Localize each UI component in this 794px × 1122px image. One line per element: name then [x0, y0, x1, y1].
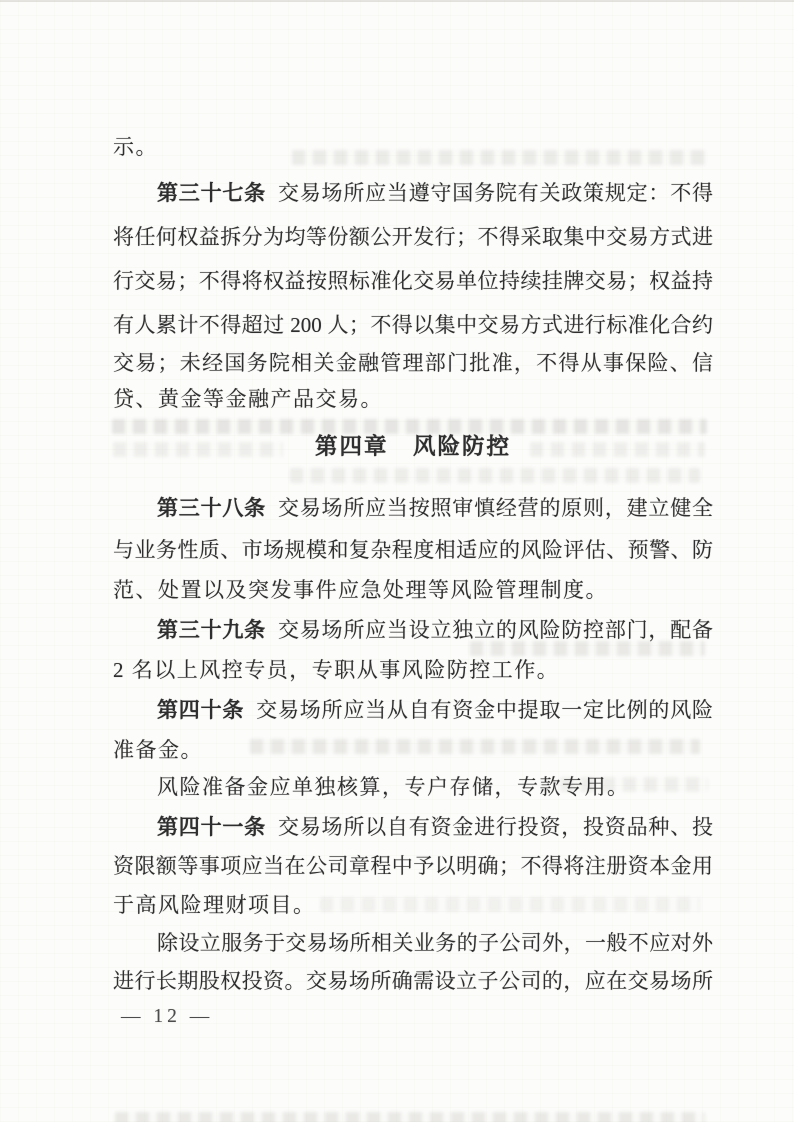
- text-line: 除设立服务于交易场所相关业务的子公司外，一般不应对外: [113, 930, 713, 957]
- text-line: 行交易；不得将权益按照标准化交易单位持续挂牌交易；权益持: [113, 268, 713, 295]
- text-line: 2 名以上风控专员，专职从事风险防控工作。: [113, 657, 713, 684]
- article-text: 交易场所应当遵守国务院有关政策规定：不得: [278, 181, 713, 205]
- article-text: 交易场所以自有资金进行投资，投资品种、投: [278, 815, 713, 839]
- article-39-line: 第三十九条交易场所应当设立独立的风险防控部门，配备: [113, 617, 713, 644]
- article-40-line: 第四十条交易场所应当从自有资金中提取一定比例的风险: [113, 697, 713, 724]
- text-line: 贷、黄金等金融产品交易。: [113, 386, 713, 413]
- article-38-line: 第三十八条交易场所应当按照审慎经营的原则，建立健全: [113, 495, 713, 522]
- article-number: 第三十八条: [157, 496, 266, 520]
- article-number: 第四十一条: [157, 815, 266, 839]
- article-text: 交易场所应当从自有资金中提取一定比例的风险: [256, 698, 713, 722]
- text-line: 于高风险理财项目。: [113, 892, 713, 919]
- text-line: 与业务性质、市场规模和复杂程度相适应的风险评估、预警、防: [113, 537, 713, 564]
- text-line: 风险准备金应单独核算，专户存储，专款专用。: [113, 774, 713, 801]
- document-page: 示。 第三十七条交易场所应当遵守国务院有关政策规定：不得 将任何权益拆分为均等份…: [0, 0, 794, 1122]
- text-line: 交易；未经国务院相关金融管理部门批准，不得从事保险、信: [113, 350, 713, 377]
- text-line: 有人累计不得超过 200 人；不得以集中交易方式进行标准化合约: [113, 312, 713, 339]
- bleed-through-artifact: [115, 1112, 705, 1122]
- bleed-through-artifact: [112, 419, 707, 434]
- article-41-line: 第四十一条交易场所以自有资金进行投资，投资品种、投: [113, 814, 713, 841]
- article-number: 第三十七条: [157, 181, 266, 205]
- article-text: 交易场所应当设立独立的风险防控部门，配备: [278, 618, 713, 642]
- article-37-line: 第三十七条交易场所应当遵守国务院有关政策规定：不得: [113, 180, 713, 207]
- article-number: 第四十条: [157, 698, 244, 722]
- text-line: 示。: [113, 134, 713, 161]
- text-line: 将任何权益拆分为均等份额公开发行；不得采取集中交易方式进: [113, 224, 713, 251]
- page-number: — 12 —: [121, 1006, 213, 1028]
- article-number: 第三十九条: [157, 618, 266, 642]
- chapter-heading: 第四章 风险防控: [113, 433, 713, 461]
- text-line: 范、处置以及突发事件应急处理等风险管理制度。: [113, 577, 713, 604]
- text-line: 准备金。: [113, 737, 713, 764]
- article-text: 交易场所应当按照审慎经营的原则，建立健全: [278, 496, 713, 520]
- scan-edge-artifact: [0, 0, 794, 2]
- bleed-through-artifact: [290, 468, 700, 483]
- text-line: 进行长期股权投资。交易场所确需设立子公司的，应在交易场所: [113, 968, 713, 995]
- text-line: 资限额等事项应当在公司章程中予以明确；不得将注册资本金用: [113, 853, 713, 880]
